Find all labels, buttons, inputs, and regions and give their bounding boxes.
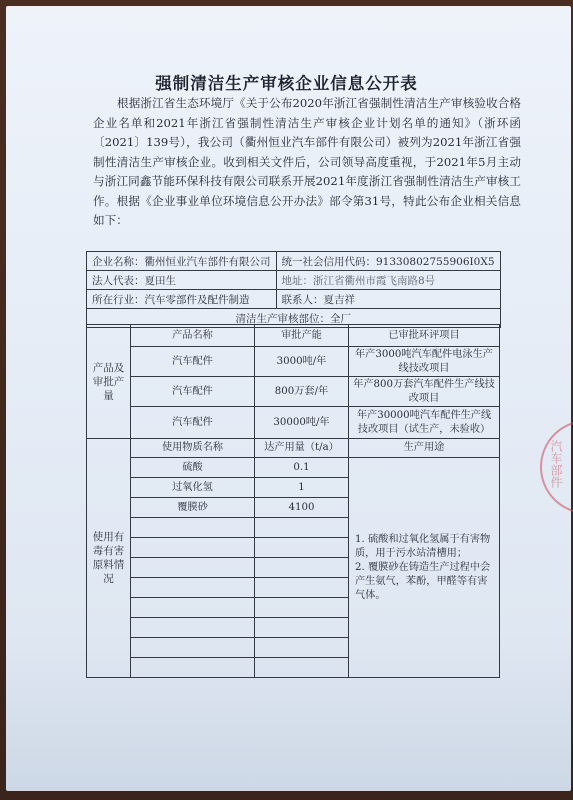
material-name	[131, 578, 255, 598]
products-materials-table: 产品及审批产量 产品名称 审批产能 已审批环评项目 汽车配件 3000吨/年 年…	[86, 324, 500, 678]
credit-code: 统一社会信用代码：91330802755906I0X5	[276, 252, 500, 271]
product-capacity: 800万套/年	[255, 377, 349, 407]
material-name	[131, 558, 255, 578]
product-row: 汽车配件 800万套/年 年产800万套汽车配件生产线技改项目	[87, 377, 500, 407]
material-name	[131, 538, 255, 558]
product-project: 年产30000吨汽车配件生产线技改项目（试生产，未验收）	[349, 407, 500, 439]
materials-header-usage: 生产用途	[349, 439, 500, 458]
material-name	[131, 658, 255, 678]
usage-note-2: 2. 覆膜砂在铸造生产过程中会产生氨气，苯酚，甲醛等有害气体。	[355, 561, 493, 603]
company-address: 地址：浙江省衢州市霞飞南路8号	[276, 271, 500, 290]
material-name: 硫酸	[131, 458, 255, 478]
material-name	[131, 598, 255, 618]
material-amount	[255, 538, 349, 558]
intro-paragraph: 根据浙江省生态环境厅《关于公布2020年浙江省强制性清洁生产审核验收合格企业名单…	[93, 94, 521, 231]
legal-representative: 法人代表：夏田生	[87, 271, 277, 290]
products-header-name: 产品名称	[131, 325, 255, 347]
material-amount: 0.1	[255, 458, 349, 478]
material-name	[131, 518, 255, 538]
product-capacity: 3000吨/年	[255, 347, 349, 377]
company-info-table: 企业名称：衢州恒业汽车部件有限公司 统一社会信用代码：9133080275590…	[86, 251, 501, 328]
product-project: 年产3000吨汽车配件电泳生产线技改项目	[349, 347, 500, 377]
product-row: 汽车配件 3000吨/年 年产3000吨汽车配件电泳生产线技改项目	[87, 347, 500, 377]
materials-header-name: 使用物质名称	[131, 439, 255, 458]
material-name	[131, 618, 255, 638]
material-amount	[255, 518, 349, 538]
material-name	[131, 638, 255, 658]
material-name: 过氧化氢	[131, 478, 255, 498]
product-name: 汽车配件	[131, 407, 255, 439]
material-name: 覆膜砂	[131, 498, 255, 518]
usage-notes: 1. 硫酸和过氧化氢属于有害物质，用于污水站清槽用； 2. 覆膜砂在铸造生产过程…	[349, 458, 500, 678]
company-seal-text: 汽车部件	[548, 440, 565, 488]
product-project: 年产800万套汽车配件生产线技改项目	[349, 377, 500, 407]
products-section-label: 产品及审批产量	[87, 325, 131, 439]
material-amount	[255, 638, 349, 658]
material-amount	[255, 598, 349, 618]
material-row: 硫酸 0.1 1. 硫酸和过氧化氢属于有害物质，用于污水站清槽用； 2. 覆膜砂…	[87, 458, 500, 478]
industry: 所在行业：汽车零部件及配件制造	[87, 290, 277, 309]
usage-note-1: 1. 硫酸和过氧化氢属于有害物质，用于污水站清槽用；	[355, 533, 493, 561]
material-amount	[255, 558, 349, 578]
products-header-project: 已审批环评项目	[349, 325, 500, 347]
material-amount: 1	[255, 478, 349, 498]
materials-header-amount: 达产用量（t/a）	[255, 439, 349, 458]
material-amount	[255, 658, 349, 678]
product-row: 汽车配件 30000吨/年 年产30000吨汽车配件生产线技改项目（试生产，未验…	[87, 407, 500, 439]
company-name: 企业名称：衢州恒业汽车部件有限公司	[87, 252, 277, 271]
material-amount: 4100	[255, 498, 349, 518]
product-capacity: 30000吨/年	[255, 407, 349, 439]
product-name: 汽车配件	[131, 377, 255, 407]
product-name: 汽车配件	[131, 347, 255, 377]
materials-section-label: 使用有毒有害原料情况	[87, 439, 131, 678]
material-amount	[255, 578, 349, 598]
contact-person: 联系人：夏吉祥	[276, 290, 500, 309]
products-header-capacity: 审批产能	[255, 325, 349, 347]
material-amount	[255, 618, 349, 638]
document-title: 强制清洁生产审核企业信息公开表	[0, 70, 573, 94]
